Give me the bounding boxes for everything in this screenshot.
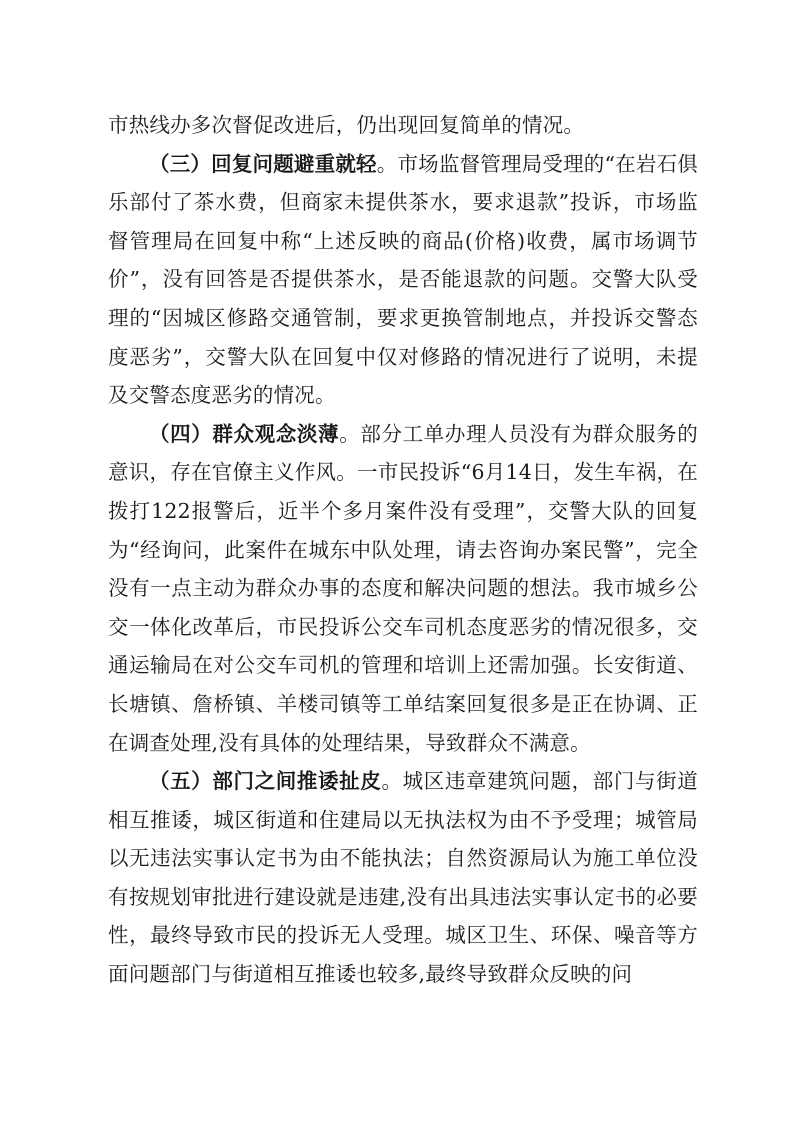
paragraph-section-4: （四）群众观念淡薄。部分工单办理人员没有为群众服务的意识，存在官僚主义作风。一市… (108, 415, 698, 762)
section-heading: （五）部门之间推诿扯皮 (149, 769, 381, 793)
paragraph-text: 。市场监督管理局受理的“在岩石俱乐部付了茶水费，但商家未提供茶水，要求退款”投诉… (108, 152, 698, 408)
paragraph-section-5: （五）部门之间推诿扯皮。城区违章建筑问题，部门与街道相互推诿，城区街道和住建局以… (108, 762, 698, 994)
paragraph-text: 。部分工单办理人员没有为群众服务的意识，存在官僚主义作风。一市民投诉“6月14日… (108, 422, 698, 755)
document-page: 市热线办多次督促改进后，仍出现回复简单的情况。 （三）回复问题避重就轻。市场监督… (108, 106, 698, 994)
section-heading: （三）回复问题避重就轻 (149, 152, 377, 176)
paragraph-continuation: 市热线办多次督促改进后，仍出现回复简单的情况。 (108, 106, 698, 145)
paragraph-text: 市热线办多次督促改进后，仍出现回复简单的情况。 (108, 113, 584, 137)
section-heading: （四）群众观念淡薄 (149, 422, 339, 446)
paragraph-section-3: （三）回复问题避重就轻。市场监督管理局受理的“在岩石俱乐部付了茶水费，但商家未提… (108, 145, 698, 415)
paragraph-text: 。城区违章建筑问题，部门与街道相互推诿，城区街道和住建局以无执法权为由不予受理；… (108, 769, 698, 986)
